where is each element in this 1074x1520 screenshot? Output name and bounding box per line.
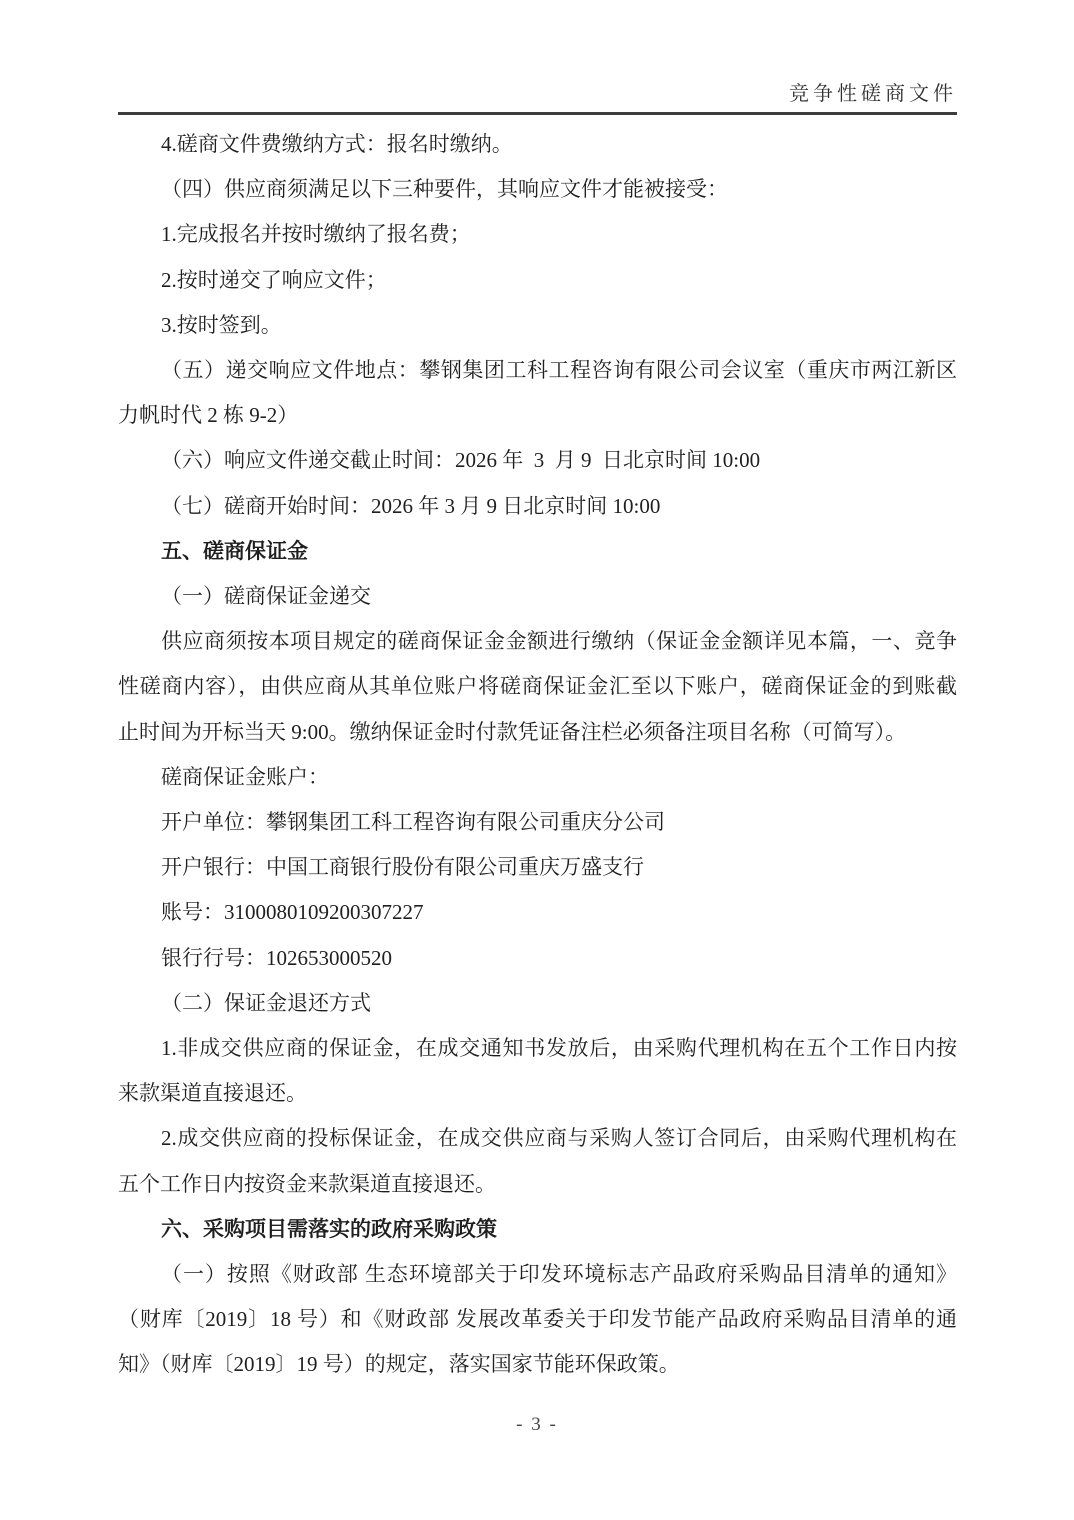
text-line: 磋商保证金账户： bbox=[118, 755, 957, 800]
text-line: 五个工作日内按资金来款渠道直接退还。 bbox=[118, 1162, 957, 1207]
text-line: （四）供应商须满足以下三种要件，其响应文件才能被接受： bbox=[118, 167, 957, 212]
text-line: （一）磋商保证金递交 bbox=[118, 574, 957, 619]
text-line: 力帆时代 2 栋 9-2） bbox=[118, 393, 957, 438]
text-line: 2.成交供应商的投标保证金，在成交供应商与采购人签订合同后，由采购代理机构在 bbox=[118, 1116, 957, 1161]
text-line: 性磋商内容），由供应商从其单位账户将磋商保证金汇至以下账户，磋商保证金的到账截 bbox=[118, 664, 957, 709]
page-number: - 3 - bbox=[516, 1414, 558, 1435]
text-line: 1.完成报名并按时缴纳了报名费； bbox=[118, 212, 957, 257]
text-line: 止时间为开标当天 9:00。缴纳保证金时付款凭证备注栏必须备注项目名称（可简写）… bbox=[118, 710, 957, 755]
page-footer: - 3 - bbox=[0, 1412, 1074, 1438]
text-line: 五、磋商保证金 bbox=[118, 529, 957, 574]
text-line: 3.按时签到。 bbox=[118, 303, 957, 348]
text-line: 知》（财库〔2019〕19 号）的规定，落实国家节能环保政策。 bbox=[118, 1342, 957, 1387]
text-line: 2.按时递交了响应文件； bbox=[118, 258, 957, 303]
text-line: （一）按照《财政部 生态环境部关于印发环境标志产品政府采购品目清单的通知》 bbox=[118, 1252, 957, 1297]
document-body: 4.磋商文件费缴纳方式：报名时缴纳。（四）供应商须满足以下三种要件，其响应文件才… bbox=[118, 122, 957, 1388]
text-line: 银行行号：102653000520 bbox=[118, 936, 957, 981]
text-line: （六）响应文件递交截止时间：2026 年 3 月 9 日北京时间 10:00 bbox=[118, 438, 957, 483]
text-line: 开户银行：中国工商银行股份有限公司重庆万盛支行 bbox=[118, 845, 957, 890]
text-line: （财库〔2019〕18 号）和《财政部 发展改革委关于印发节能产品政府采购品目清… bbox=[118, 1297, 957, 1342]
text-line: 六、采购项目需落实的政府采购政策 bbox=[118, 1207, 957, 1252]
text-line: 4.磋商文件费缴纳方式：报名时缴纳。 bbox=[118, 122, 957, 167]
header-title: 竞争性磋商文件 bbox=[789, 83, 957, 105]
text-line: 账号：3100080109200307227 bbox=[118, 890, 957, 935]
text-line: （五）递交响应文件地点：攀钢集团工科工程咨询有限公司会议室（重庆市两江新区 bbox=[118, 348, 957, 393]
text-line: （二）保证金退还方式 bbox=[118, 981, 957, 1026]
document-page: 竞争性磋商文件 4.磋商文件费缴纳方式：报名时缴纳。（四）供应商须满足以下三种要… bbox=[0, 0, 1074, 1520]
text-line: 1.非成交供应商的保证金，在成交通知书发放后，由采购代理机构在五个工作日内按 bbox=[118, 1026, 957, 1071]
text-line: 开户单位：攀钢集团工科工程咨询有限公司重庆分公司 bbox=[118, 800, 957, 845]
page-header: 竞争性磋商文件 bbox=[118, 80, 957, 115]
text-line: （七）磋商开始时间：2026 年 3 月 9 日北京时间 10:00 bbox=[118, 484, 957, 529]
text-line: 来款渠道直接退还。 bbox=[118, 1071, 957, 1116]
text-line: 供应商须按本项目规定的磋商保证金金额进行缴纳（保证金金额详见本篇，一、竞争 bbox=[118, 619, 957, 664]
